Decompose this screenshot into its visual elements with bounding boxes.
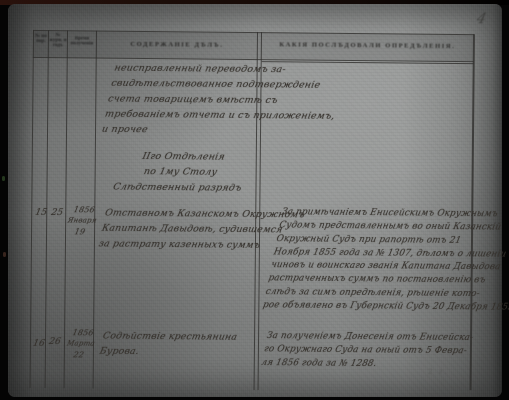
carryover-text: неисправленный переводомъ за- свидѣтельс… xyxy=(100,63,345,142)
register-table-area: № по пор. № журн. и годъ Время полученія… xyxy=(0,0,509,400)
entry1-date-day: 19 xyxy=(64,227,95,238)
handwritten-line: и прочее xyxy=(100,124,333,141)
section-heading-line: IIго Отдѣленія xyxy=(102,151,265,168)
entry2-date-month: Марта xyxy=(65,339,96,350)
section-heading-line: Слѣдственный разрядъ xyxy=(95,181,258,198)
photo-background: № по пор. № журн. и годъ Время полученія… xyxy=(0,0,509,400)
entry1-date-month: Января xyxy=(66,216,97,227)
entry2-content: Содѣйствіе крестьянина Бурова. xyxy=(98,331,238,363)
entry1-resolution: За примѣчаніемъ Енисейскимъ Окружнымъ Су… xyxy=(261,207,509,316)
entry2-order-number: 16 xyxy=(32,339,46,349)
handwritten-line: Содѣйствіе крестьянина xyxy=(101,331,238,348)
entry2-date-day: 22 xyxy=(63,350,94,361)
col-header-received: Время полученія xyxy=(68,36,96,46)
entry1-order-number: 15 xyxy=(34,208,48,218)
col-header-journal: № журн. и годъ xyxy=(49,33,67,48)
entry1-date-year: 1856 xyxy=(68,205,99,216)
handwritten-line: Бурова. xyxy=(98,346,235,363)
table-border-left xyxy=(30,30,34,388)
section-heading-line: по 1му Столу xyxy=(99,166,262,183)
handwritten-line: рое объявлено въ Губернскій Судъ 20 Дека… xyxy=(261,300,509,316)
handwritten-line: за растрату казенныхъ суммъ xyxy=(97,238,300,255)
entry2-date-year: 1856 xyxy=(67,328,98,339)
margin-note: 2 г. xyxy=(428,368,448,376)
entry2-resolution: За полученіемъ Донесенія отъ Енисейска- … xyxy=(260,331,474,373)
section-heading: IIго Отдѣленія по 1му Столу Слѣдственный… xyxy=(95,151,264,198)
entry1-journal-number: 25 xyxy=(50,208,64,218)
col-header-number: № по пор. xyxy=(34,34,48,44)
entry2-journal-number: 26 xyxy=(48,337,62,347)
